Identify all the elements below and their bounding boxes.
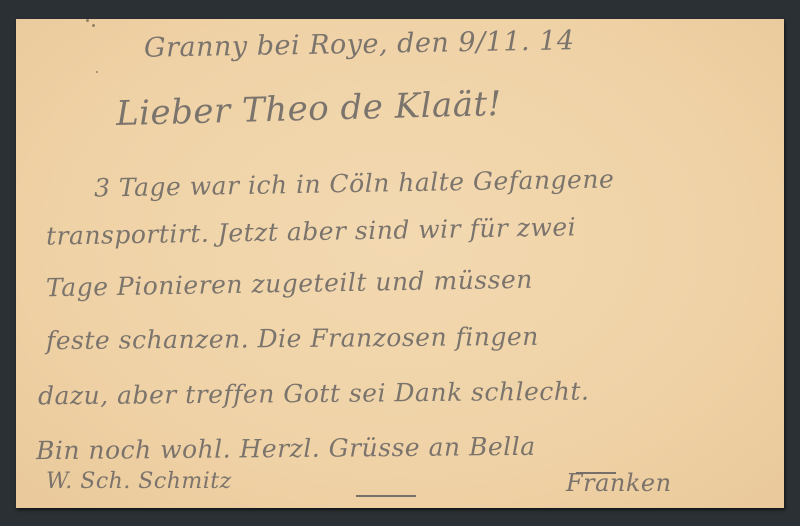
body-line: dazu, aber treffen Gott sei Dank schlech… [38, 377, 590, 411]
greeting-line: Lieber Theo de Klaät! [116, 84, 503, 134]
sender-underline [356, 495, 416, 497]
stain-speck [86, 19, 89, 22]
stain-speck [96, 71, 98, 73]
place-date-line: Granny bei Roye, den 9/11. 14 [144, 25, 575, 64]
body-line: feste schanzen. Die Franzosen fingen [46, 322, 539, 355]
body-line: Bin noch wohl. Herzl. Grüsse an Bella [36, 432, 536, 465]
stain-speck [92, 24, 95, 27]
postcard: Granny bei Roye, den 9/11. 14 Lieber The… [16, 19, 784, 508]
body-line: Tage Pionieren zugeteilt und müssen [46, 265, 533, 302]
sender-line: W. Sch. Schmitz [46, 469, 232, 494]
signature: Franken [566, 469, 672, 497]
body-line: transportirt. Jetzt aber sind wir für zw… [46, 212, 577, 250]
body-line: 3 Tage war ich in Cöln halte Gefangene [94, 164, 615, 202]
